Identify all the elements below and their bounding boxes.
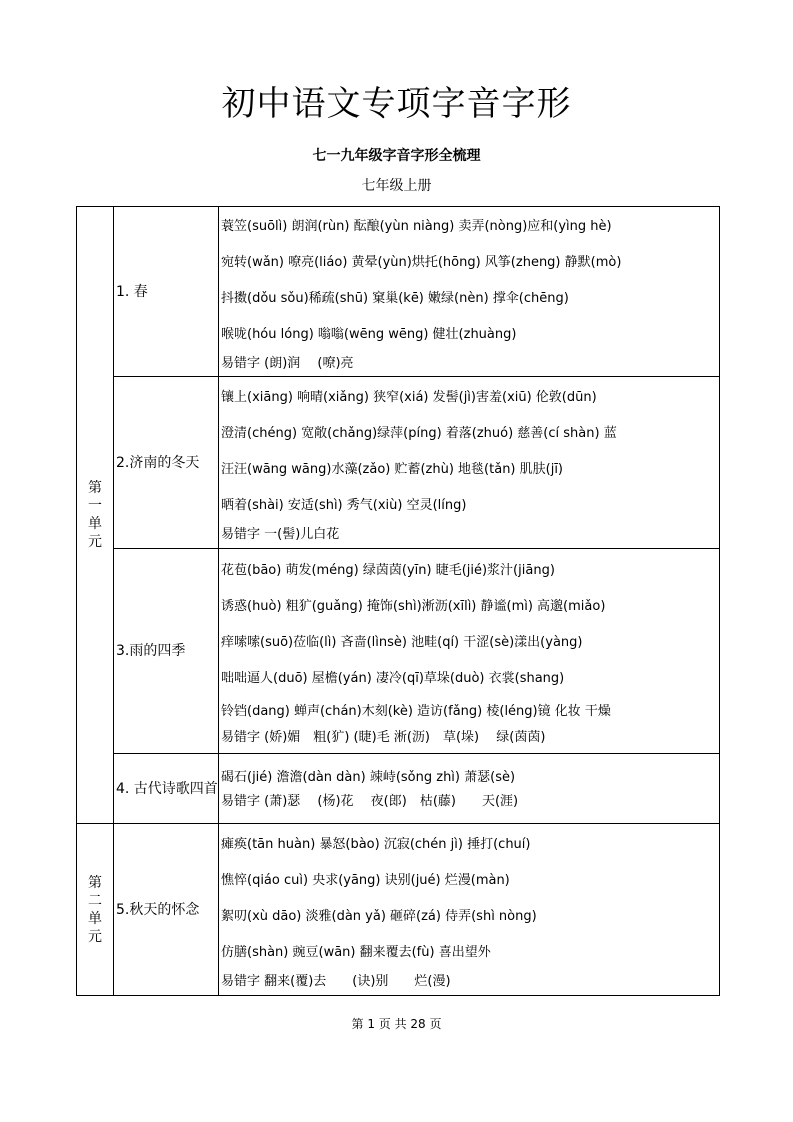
lesson-title: 5.秋天的怀念 [114, 824, 219, 996]
unit-label: 第 二 单 元 [77, 824, 114, 996]
page-number: 第 1 页 共 28 页 [0, 1015, 793, 1032]
lesson-title: 1. 春 [114, 207, 219, 377]
error-prone-line: 易错字 一(髻)儿白花 [221, 524, 719, 546]
table-row: 2.济南的冬天 镶上(xiāng) 响晴(xiǎng) 狭窄(xiá) 发髻(j… [77, 377, 720, 549]
error-prone-line: 易错字 (朗)润 (嘹)亮 [221, 353, 719, 375]
table-row: 3.雨的四季 花苞(bāo) 萌发(méng) 绿茵茵(yīn) 睫毛(jié)… [77, 549, 720, 754]
vocab-line: 瘫痪(tān huàn) 暴怒(bào) 沉寂(chén jì) 捶打(chuí… [221, 827, 719, 863]
lesson-title: 4. 古代诗歌四首 [114, 754, 219, 824]
vocab-line: 铃铛(dang) 蝉声(chán)木刻(kè) 造访(fǎng) 棱(léng)… [221, 697, 719, 727]
vocabulary-table: 第 一 单 元 1. 春 蓑笠(suōlì) 朗润(rùn) 酝酿(yùn ni… [76, 206, 720, 996]
table-row: 第 二 单 元 5.秋天的怀念 瘫痪(tān huàn) 暴怒(bào) 沉寂(… [77, 824, 720, 996]
table-row: 第 一 单 元 1. 春 蓑笠(suōlì) 朗润(rùn) 酝酿(yùn ni… [77, 207, 720, 377]
lesson-title: 3.雨的四季 [114, 549, 219, 754]
vocab-line: 宛转(wǎn) 嘹亮(liáo) 黄晕(yùn)烘托(hōng) 风筝(zhen… [221, 245, 719, 281]
lesson-vocabulary: 瘫痪(tān huàn) 暴怒(bào) 沉寂(chén jì) 捶打(chuí… [219, 824, 720, 996]
vocab-line: 碣石(jié) 澹澹(dàn dàn) 竦峙(sǒng zhì) 萧瑟(sè) [221, 765, 719, 791]
vocab-line: 汪汪(wāng wāng)水藻(zǎo) 贮蓄(zhù) 地毯(tǎn) 肌肤(… [221, 452, 719, 488]
error-prone-line: 易错字 (萧)瑟 (杨)花 夜(郎) 枯(藤) 天(涯) [221, 791, 719, 813]
vocab-line: 诱惑(huò) 粗犷(guǎng) 掩饰(shì)淅沥(xīlì) 静谧(mì)… [221, 589, 719, 625]
vocab-line: 痒嗦嗦(suō)莅临(lì) 吝啬(lìnsè) 池畦(qí) 干涩(sè)漾出… [221, 625, 719, 661]
vocab-line: 絮叨(xù dāo) 淡雅(dàn yǎ) 砸碎(zá) 侍弄(shì nòng… [221, 899, 719, 935]
vocab-line: 仿膳(shàn) 豌豆(wān) 翻来覆去(fù) 喜出望外 [221, 935, 719, 971]
unit-label: 第 一 单 元 [77, 207, 114, 824]
lesson-vocabulary: 花苞(bāo) 萌发(méng) 绿茵茵(yīn) 睫毛(jié)浆汁(jiān… [219, 549, 720, 754]
vocab-line: 花苞(bāo) 萌发(méng) 绿茵茵(yīn) 睫毛(jié)浆汁(jiān… [221, 553, 719, 589]
document-subtitle: 七一九年级字音字形全梳理 [0, 145, 793, 165]
error-prone-line: 易错字 翻来(覆)去 (诀)别 烂(漫) [221, 971, 719, 993]
lesson-vocabulary: 蓑笠(suōlì) 朗润(rùn) 酝酿(yùn niàng) 卖弄(nòng)… [219, 207, 720, 377]
vocab-line: 镶上(xiāng) 响晴(xiǎng) 狭窄(xiá) 发髻(jì)害羞(xiū… [221, 380, 719, 416]
table-row: 4. 古代诗歌四首 碣石(jié) 澹澹(dàn dàn) 竦峙(sǒng zh… [77, 754, 720, 824]
vocab-line: 咄咄逼人(duō) 屋檐(yán) 凄冷(qī)草垛(duò) 衣裳(shang… [221, 661, 719, 697]
vocab-line: 蓑笠(suōlì) 朗润(rùn) 酝酿(yùn niàng) 卖弄(nòng)… [221, 209, 719, 245]
document-title: 初中语文专项字音字形 [0, 76, 793, 125]
vocab-line: 晒着(shài) 安适(shì) 秀气(xiù) 空灵(líng) [221, 488, 719, 524]
vocab-line: 喉咙(hóu lóng) 嗡嗡(wēng wēng) 健壮(zhuàng) [221, 317, 719, 353]
lesson-vocabulary: 镶上(xiāng) 响晴(xiǎng) 狭窄(xiá) 发髻(jì)害羞(xiū… [219, 377, 720, 549]
grade-heading: 七年级上册 [0, 175, 793, 195]
vocab-line: 抖擞(dǒu sǒu)稀疏(shū) 窠巢(kē) 嫩绿(nèn) 撑伞(chē… [221, 281, 719, 317]
vocab-line: 憔悴(qiáo cuì) 央求(yāng) 诀别(jué) 烂漫(màn) [221, 863, 719, 899]
vocab-line: 澄清(chéng) 宽敞(chǎng)绿萍(píng) 着落(zhuó) 慈善(… [221, 416, 719, 452]
lesson-title: 2.济南的冬天 [114, 377, 219, 549]
lesson-vocabulary: 碣石(jié) 澹澹(dàn dàn) 竦峙(sǒng zhì) 萧瑟(sè) … [219, 754, 720, 824]
error-prone-line: 易错字 (娇)媚 粗(犷) (睫)毛 淅(沥) 草(垛) 绿(茵茵) [221, 727, 719, 749]
